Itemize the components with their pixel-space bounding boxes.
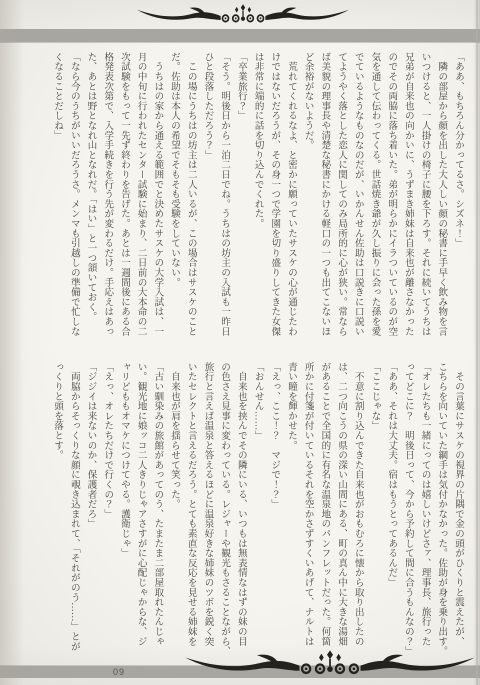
text-column: こちらを向いていた綱手は気付かなかった。佐助が身を乗り出す。 [433,362,450,652]
text-column: 「オレたちも一緒にってのは嬉しいけどさァ、理事長、旅行った [416,362,433,652]
text-column: 「ああ、もちろん分かってるさ。シズネ！」 [449,52,466,342]
text-column: ャリどももオマケにつけてやる。護衛じゃ」 [115,362,132,652]
flourish-ornament-top-icon [136,4,350,27]
text-column: うちはの家から通える範囲でと決めたサスケの大学入試は、一 [149,52,166,342]
text-column: いつけると、一人掛けの椅子に腰を下ろす。それに続いてうちは [416,52,433,342]
text-column: ってどこに？ 明後日って、今から予約して間に合うもんなの？」 [399,362,416,652]
text-column: ど余裕がないようだ。 [299,52,316,342]
text-column: ひと段落しただろう？」 [199,52,216,342]
text-column: くなることだしね」 [48,52,65,342]
text-column: 月の中旬に行われたセンター試験に始まり、二日前の大本命の二 [132,52,149,342]
scanned-book-page: 「ああ、もちろん分かってるさ。シズネ！」 隣の部屋から顔を出した大人しい顔の秘書… [0,0,480,685]
top-border-band [0,29,480,42]
text-column: い。観光地に娘ッコ二人きりじゃアさすがに心配じゃからな、ジ [132,362,149,652]
text-column: 「卒業旅行？」 [232,52,249,342]
text-column: 兄弟が自来也の向かいに、うずまき姉妹は自来也が離さなかった [399,52,416,342]
text-column: 「そう。明後日から一泊二日でね。うちはの坊主の入試も一昨日 [215,52,232,342]
text-column: 荒れてくれるなよ、と密かに願っていたサスケの心が通じたわ [282,52,299,342]
text-column: っくりと頭を落とす。 [48,362,65,652]
lower-text-block: その言葉にサスケの視界の片隅で金の頭がひくりと震えたが、 こちらを向いていた綱手… [48,362,466,652]
text-column: 「ああ、それは大丈夫。宿はもうとってあるんだ」 [382,362,399,652]
text-column: 「ここじゃな」 [366,362,383,652]
text-column: 所かに付箋が付いているそれを空かさずすくいあげて、ナルトは [299,362,316,652]
text-column: 青い瞳を輝かせた。 [282,362,299,652]
text-column: 自来也を挟んでその隣にいる、いつもは無表情なはずの妹の目 [232,362,249,652]
text-column: でているようなものなのだが、いかんせん佐助は口説きに口説い [349,52,366,342]
text-column: この場にうちはの坊主は二人いるが、この場合はサスケのこと [182,52,199,342]
text-column: 「おんせん……」 [249,362,266,652]
text-column: 自来也が肩を揺らせて笑った。 [165,362,182,652]
text-column: は非常に端的に話を切り込んでくれた。 [249,52,266,342]
text-column: その言葉にサスケの視界の片隅で金の頭がひくりと震えたが、 [449,362,466,652]
text-column: だ。佐助は本人の希望でそもそも受験をしていない。 [165,52,182,342]
text-column: のでその両脇に落ち着いた。弟が明らかにイラついているのが空 [382,52,399,342]
flourish-ornament-bottom-icon [184,650,476,680]
upper-text-block: 「ああ、もちろん分かってるさ。シズネ！」 隣の部屋から顔を出した大人しい顔の秘書… [48,52,466,342]
text-column: 次試験をもって一先ず終わりを告げた。あとは一週間後にある合 [115,52,132,342]
text-column: 「古い馴染みの旅館があってのう、たまたま二部屋取れたんじゃ [149,362,166,652]
text-column: 不意に割り込んできた自来也がおもむろに懐から取り出したの [349,362,366,652]
text-column: 両脇からそっくりな顔に覗き込まれて、「それがのう……」とが [65,362,82,652]
page-number: 09 [113,666,125,678]
text-column: 旅行と言えば温泉と答えるほどに温泉好きな姉妹のツボを鋭く突 [199,362,216,652]
text-column: いたセレクトと言えるだろう。とても素直な反応を見せる姉妹を [182,362,199,652]
text-column: ば美貌の理事長や清楚な秘書にかける軽口の一つも出てこないほ [316,52,333,342]
text-column: 気を通して伝わってくる。世話焼き爺が久し振りに会った孫を愛 [366,52,383,342]
text-column: けではないだろうが、その身一つで学園を切り盛りしてきた女傑 [266,52,283,342]
text-column: 「えっ、オレたちだけで行くの？」 [99,362,116,652]
text-column: の色さえ見事に変わっている。レジャーや観光もさることながら、 [215,362,232,652]
text-column: 「えっ、ここ！？ マジで！？」 [266,362,283,652]
text-column: があることで全国的に有名な温泉地のパンフレットだった。何箇 [316,362,333,652]
text-column: 隣の部屋から顔を出した大人しい顔の秘書に手早く飲み物を言 [433,52,450,342]
text-column: 「ジジイは来ないのか、保護者だろ」 [82,362,99,652]
text-column: 格発表次第で、入学手続きを行う先が変わるだけ。手応えはあっ [99,52,116,342]
text-column: 「なら今のうちがいいだろうさ。メンマも引越しの準備で忙しな [65,52,82,342]
text-column: は、二つ向こうの県の深い山間にある、町の真ん中に大きな湯畑 [332,362,349,652]
text-column: てようやく落とした恋人に関してのみ局所的に心が狭い。常なら [332,52,349,342]
text-column: た、あとは野となれ山となれだ。「はい」と一つ頷いておく。 [82,52,99,342]
